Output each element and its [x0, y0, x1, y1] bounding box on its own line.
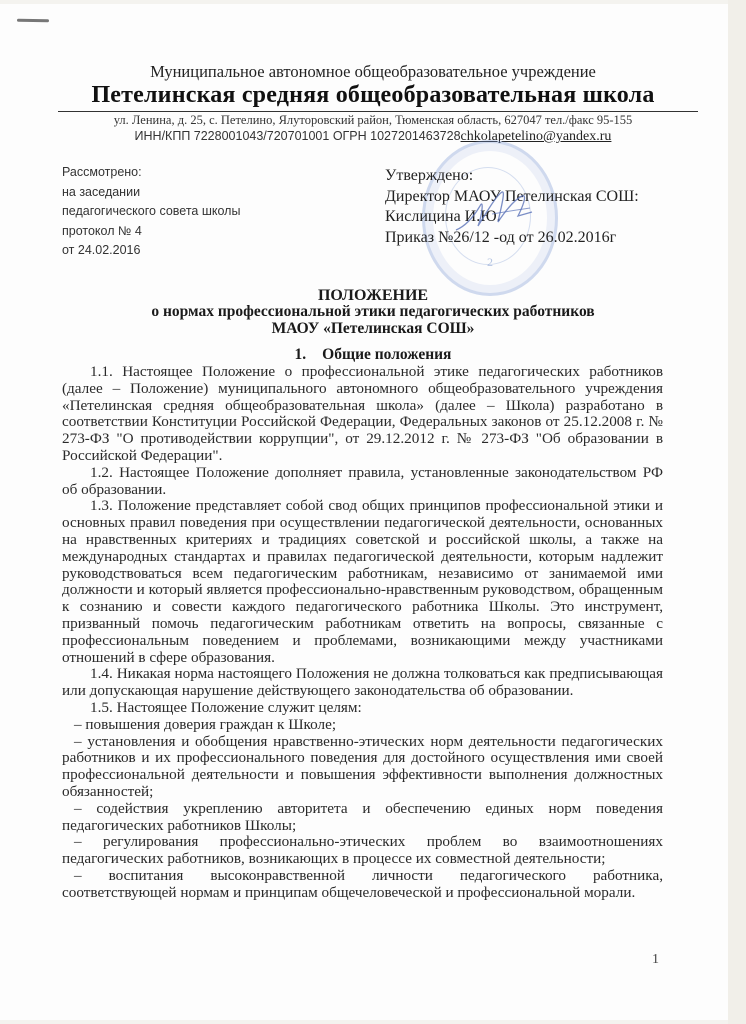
scan-mark [17, 19, 49, 23]
approved-line: Утверждено: [385, 166, 639, 187]
school-name: Петелинская средняя общеобразовательная … [0, 82, 746, 109]
paragraph-1-4: 1.4. Никакая норма настоящего Положения … [62, 666, 663, 700]
section-number: 1. [295, 346, 307, 363]
letterhead-divider [58, 111, 698, 112]
document-subtitle: о нормах профессиональной этики педагоги… [0, 303, 746, 321]
reviewed-line: Рассмотрено: [62, 163, 240, 183]
reviewed-line: от 24.02.2016 [62, 241, 240, 261]
paragraph-1-3: 1.3. Положение представляет собой свод о… [62, 498, 663, 666]
reviewed-line: педагогического совета школы [62, 202, 240, 222]
goal-item: – регулирования профессионально-этически… [62, 834, 663, 868]
goal-item: – установления и обобщения нравственно-э… [62, 734, 663, 801]
registration-ids: ИНН/КПП 7228001043/720701001 ОГРН 102720… [0, 129, 746, 145]
section-body: 1.1. Настоящее Положение о профессиональ… [62, 364, 663, 902]
reviewed-line: протокол № 4 [62, 222, 240, 242]
paragraph-1-2: 1.2. Настоящее Положение дополняет прави… [62, 465, 663, 499]
section-title: Общие положения [322, 346, 451, 363]
signature-icon [452, 186, 542, 242]
paragraph-1-5: 1.5. Настоящее Положение служит целям: [62, 700, 663, 717]
stamp-number: 2 [425, 255, 555, 270]
org-type: Муниципальное автономное общеобразовател… [0, 62, 746, 82]
document-institution: МАОУ «Петелинская СОШ» [0, 320, 746, 338]
paragraph-1-1: 1.1. Настоящее Положение о профессиональ… [62, 364, 663, 465]
ids-text: ИНН/КПП 7228001043/720701001 ОГРН 102720… [135, 129, 461, 143]
scan-edge [728, 0, 746, 1024]
goal-item: – содействия укреплению авторитета и обе… [62, 801, 663, 835]
page-number: 1 [652, 952, 659, 968]
goal-item: – воспитания высоконравственной личности… [62, 868, 663, 902]
reviewed-line: на заседании [62, 183, 240, 203]
reviewed-block: Рассмотрено: на заседании педагогическог… [62, 163, 240, 261]
address: ул. Ленина, д. 25, с. Петелино, Ялуторов… [0, 113, 746, 128]
section-heading: 1.Общие положения [0, 346, 746, 364]
goal-item: – повышения доверия граждан к Школе; [62, 717, 663, 734]
